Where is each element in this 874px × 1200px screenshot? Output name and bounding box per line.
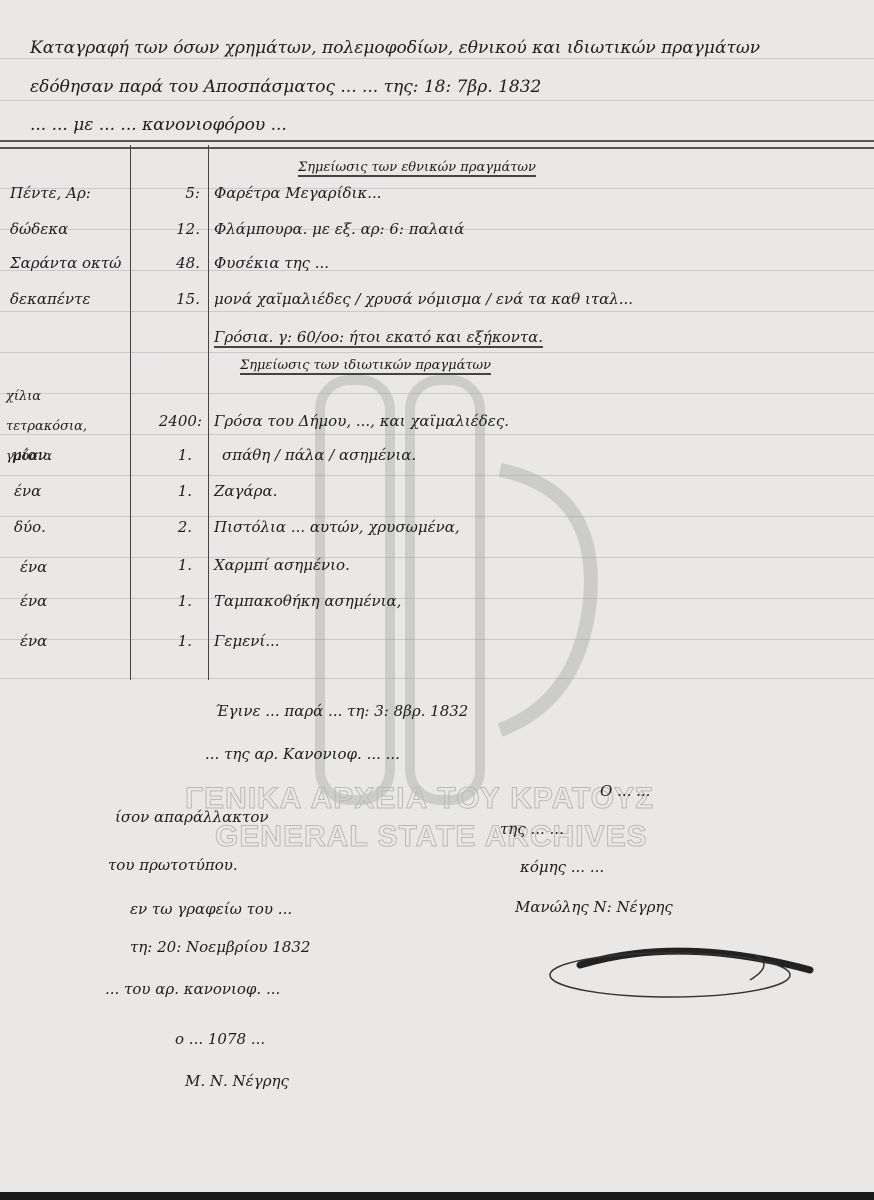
qty-words: δώδεκα: [10, 220, 68, 238]
qty: 15.: [140, 290, 200, 308]
qty-words: ένα: [20, 558, 47, 576]
qty-words: δεκαπέντε: [10, 290, 90, 308]
item-desc: Φαρέτρα Μεγαρίδικ...: [214, 184, 382, 202]
approval-signature: Μ. Ν. Νέγρης: [185, 1072, 289, 1090]
qty: 1.: [130, 482, 192, 500]
item-desc: Γεμενί...: [214, 632, 280, 650]
qty-words: ένα: [20, 632, 47, 650]
approval-line: ο ... 1078 ...: [175, 1030, 265, 1048]
item-desc: Χαρμπί ασημένιο.: [214, 556, 350, 574]
rule-line: [0, 58, 874, 59]
item-desc: Ταμπακοθήκη ασημένια,: [214, 592, 401, 610]
qty-words: δύο.: [14, 518, 46, 536]
item-desc: Φλάμπουρα. με εξ. αρ: 6: παλαιά: [214, 220, 464, 238]
heading-line: εδόθησαν παρά του Αποσπάσματος ... ... τ…: [30, 77, 541, 97]
qty-words: μίαν.: [12, 446, 52, 464]
qty-words: ένα: [14, 482, 41, 500]
signature-name: Μανώλης Ν: Νέγρης: [515, 898, 673, 916]
qty: 2400:: [130, 412, 202, 430]
heading-line: Καταγραφή των όσων χρημάτων, πολεμοφοδίω…: [30, 38, 760, 58]
column-divider: [208, 145, 209, 680]
note-line: ... της αρ. Κανονιοφ. ... ...: [205, 745, 400, 763]
item-desc: Γρόσα του Δήμου, ..., και χαϊμαλιέδες.: [214, 412, 509, 430]
qty-words: ένα: [20, 592, 47, 610]
signature-line: κόμης ... ...: [520, 858, 604, 876]
watermark-english: GENERAL STATE ARCHIVES: [215, 820, 648, 854]
rule-line: [0, 311, 874, 312]
qty: 1.: [130, 632, 192, 650]
rule-double: [0, 147, 874, 149]
item-desc: Ζαγάρα.: [214, 482, 277, 500]
qty: 1.: [130, 446, 192, 464]
rule-line: [0, 188, 874, 189]
item-desc: Φυσέκια της ...: [214, 254, 329, 272]
item-desc: μονά χαϊμαλιέδες / χρυσά νόμισμα / ενά τ…: [214, 290, 633, 308]
rule-double: [0, 140, 874, 142]
section-title: Σημείωσις των ιδιωτικών πραγμάτων: [240, 358, 491, 375]
signature-line: Ο ... ...: [600, 782, 650, 800]
heading-line: ... ... με ... ... κανονιοφόρου ...: [30, 115, 287, 135]
note-line: Έγινε ... παρά ... τη: 3: 8βρ. 1832: [215, 702, 468, 720]
qty: 2.: [130, 518, 192, 536]
manuscript-page: Καταγραφή των όσων χρημάτων, πολεμοφοδίω…: [0, 0, 874, 1192]
qty: 5:: [140, 184, 200, 202]
approval-line: εν τω γραφείω του ...: [130, 900, 292, 918]
rule-line: [0, 100, 874, 101]
rule-line: [0, 270, 874, 271]
signature-flourish: [520, 935, 820, 1005]
signature-line: της ... ...: [500, 820, 564, 838]
item-desc: Πιστόλια ... αυτών, χρυσωμένα,: [214, 518, 460, 536]
item-desc: σπάθη / πάλα / ασημένια.: [222, 446, 416, 464]
section-title: Σημείωσις των εθνικών πραγμάτων: [298, 160, 536, 177]
approval-line: ίσον απαράλλακτον: [115, 808, 269, 826]
qty-words: Πέντε, Αρ:: [10, 184, 91, 202]
qty: 1.: [130, 592, 192, 610]
qty: 12.: [140, 220, 200, 238]
qty: 1.: [130, 556, 192, 574]
approval-line: ... του αρ. κανονιοφ. ...: [105, 980, 280, 998]
qty-words: Σαράντα οκτώ: [10, 254, 121, 272]
item-desc: Γρόσια. γ: 60/οο: ήτοι εκατό και εξήκοντ…: [214, 328, 543, 348]
qty: 48.: [140, 254, 200, 272]
approval-line: του πρωτοτύπου.: [108, 856, 238, 874]
approval-line: τη: 20: Νοεμβρίου 1832: [130, 938, 310, 956]
